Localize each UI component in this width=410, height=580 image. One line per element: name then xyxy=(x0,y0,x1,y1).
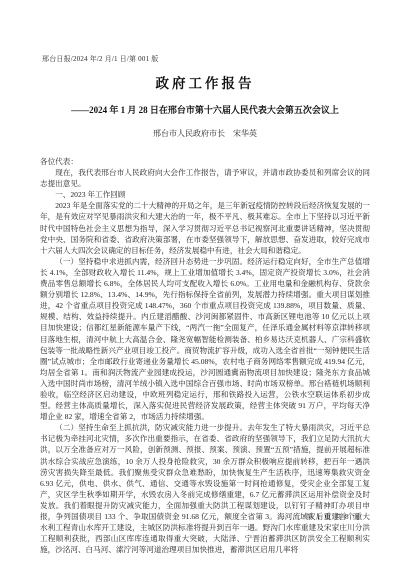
paragraph-flood-control: （二）坚持生命至上抓抗洪，防灾减灾能力进一步提升。去年发生了特大暴雨洪灾，习近平… xyxy=(40,422,370,555)
paragraph-economy: （一）坚持稳中求进抓内需，经济回升态势进一步巩固。经济运行稳定向好，全市生产总值… xyxy=(40,256,370,422)
page-number: 第 1 页 共 8 页 xyxy=(307,511,360,521)
paragraph-overview: 2023 年是全面落实党的二十大精神的开局之年，是三年新冠疫情防控转段后经济恢复… xyxy=(40,200,370,255)
report-subtitle: ——2024 年 1 月 28 日在邢台市第十六届人民代表大会第五次会议上 xyxy=(40,103,370,116)
paragraph-intro: 现在，我代表邢台市人民政府向大会作工作报告，请予审议，并请市政协委员和列席会议的… xyxy=(40,167,370,189)
byline-author: 邢台市人民政府市长 宋华英 xyxy=(40,128,370,139)
report-body: 各位代表： 现在，我代表邢台市人民政府向大会作工作报告，请予审议，并请市政协委员… xyxy=(40,156,370,555)
salutation: 各位代表： xyxy=(40,156,370,167)
section-heading-2023-review: 一、2023 年工作回顾 xyxy=(40,189,370,200)
document-page: 邢台日报/2024 年/2 月/1 日/第 001 版 政府工作报告 ——202… xyxy=(0,0,410,580)
masthead-source-line: 邢台日报/2024 年/2 月/1 日/第 001 版 xyxy=(42,54,370,64)
page-title: 政府工作报告 xyxy=(40,72,370,92)
